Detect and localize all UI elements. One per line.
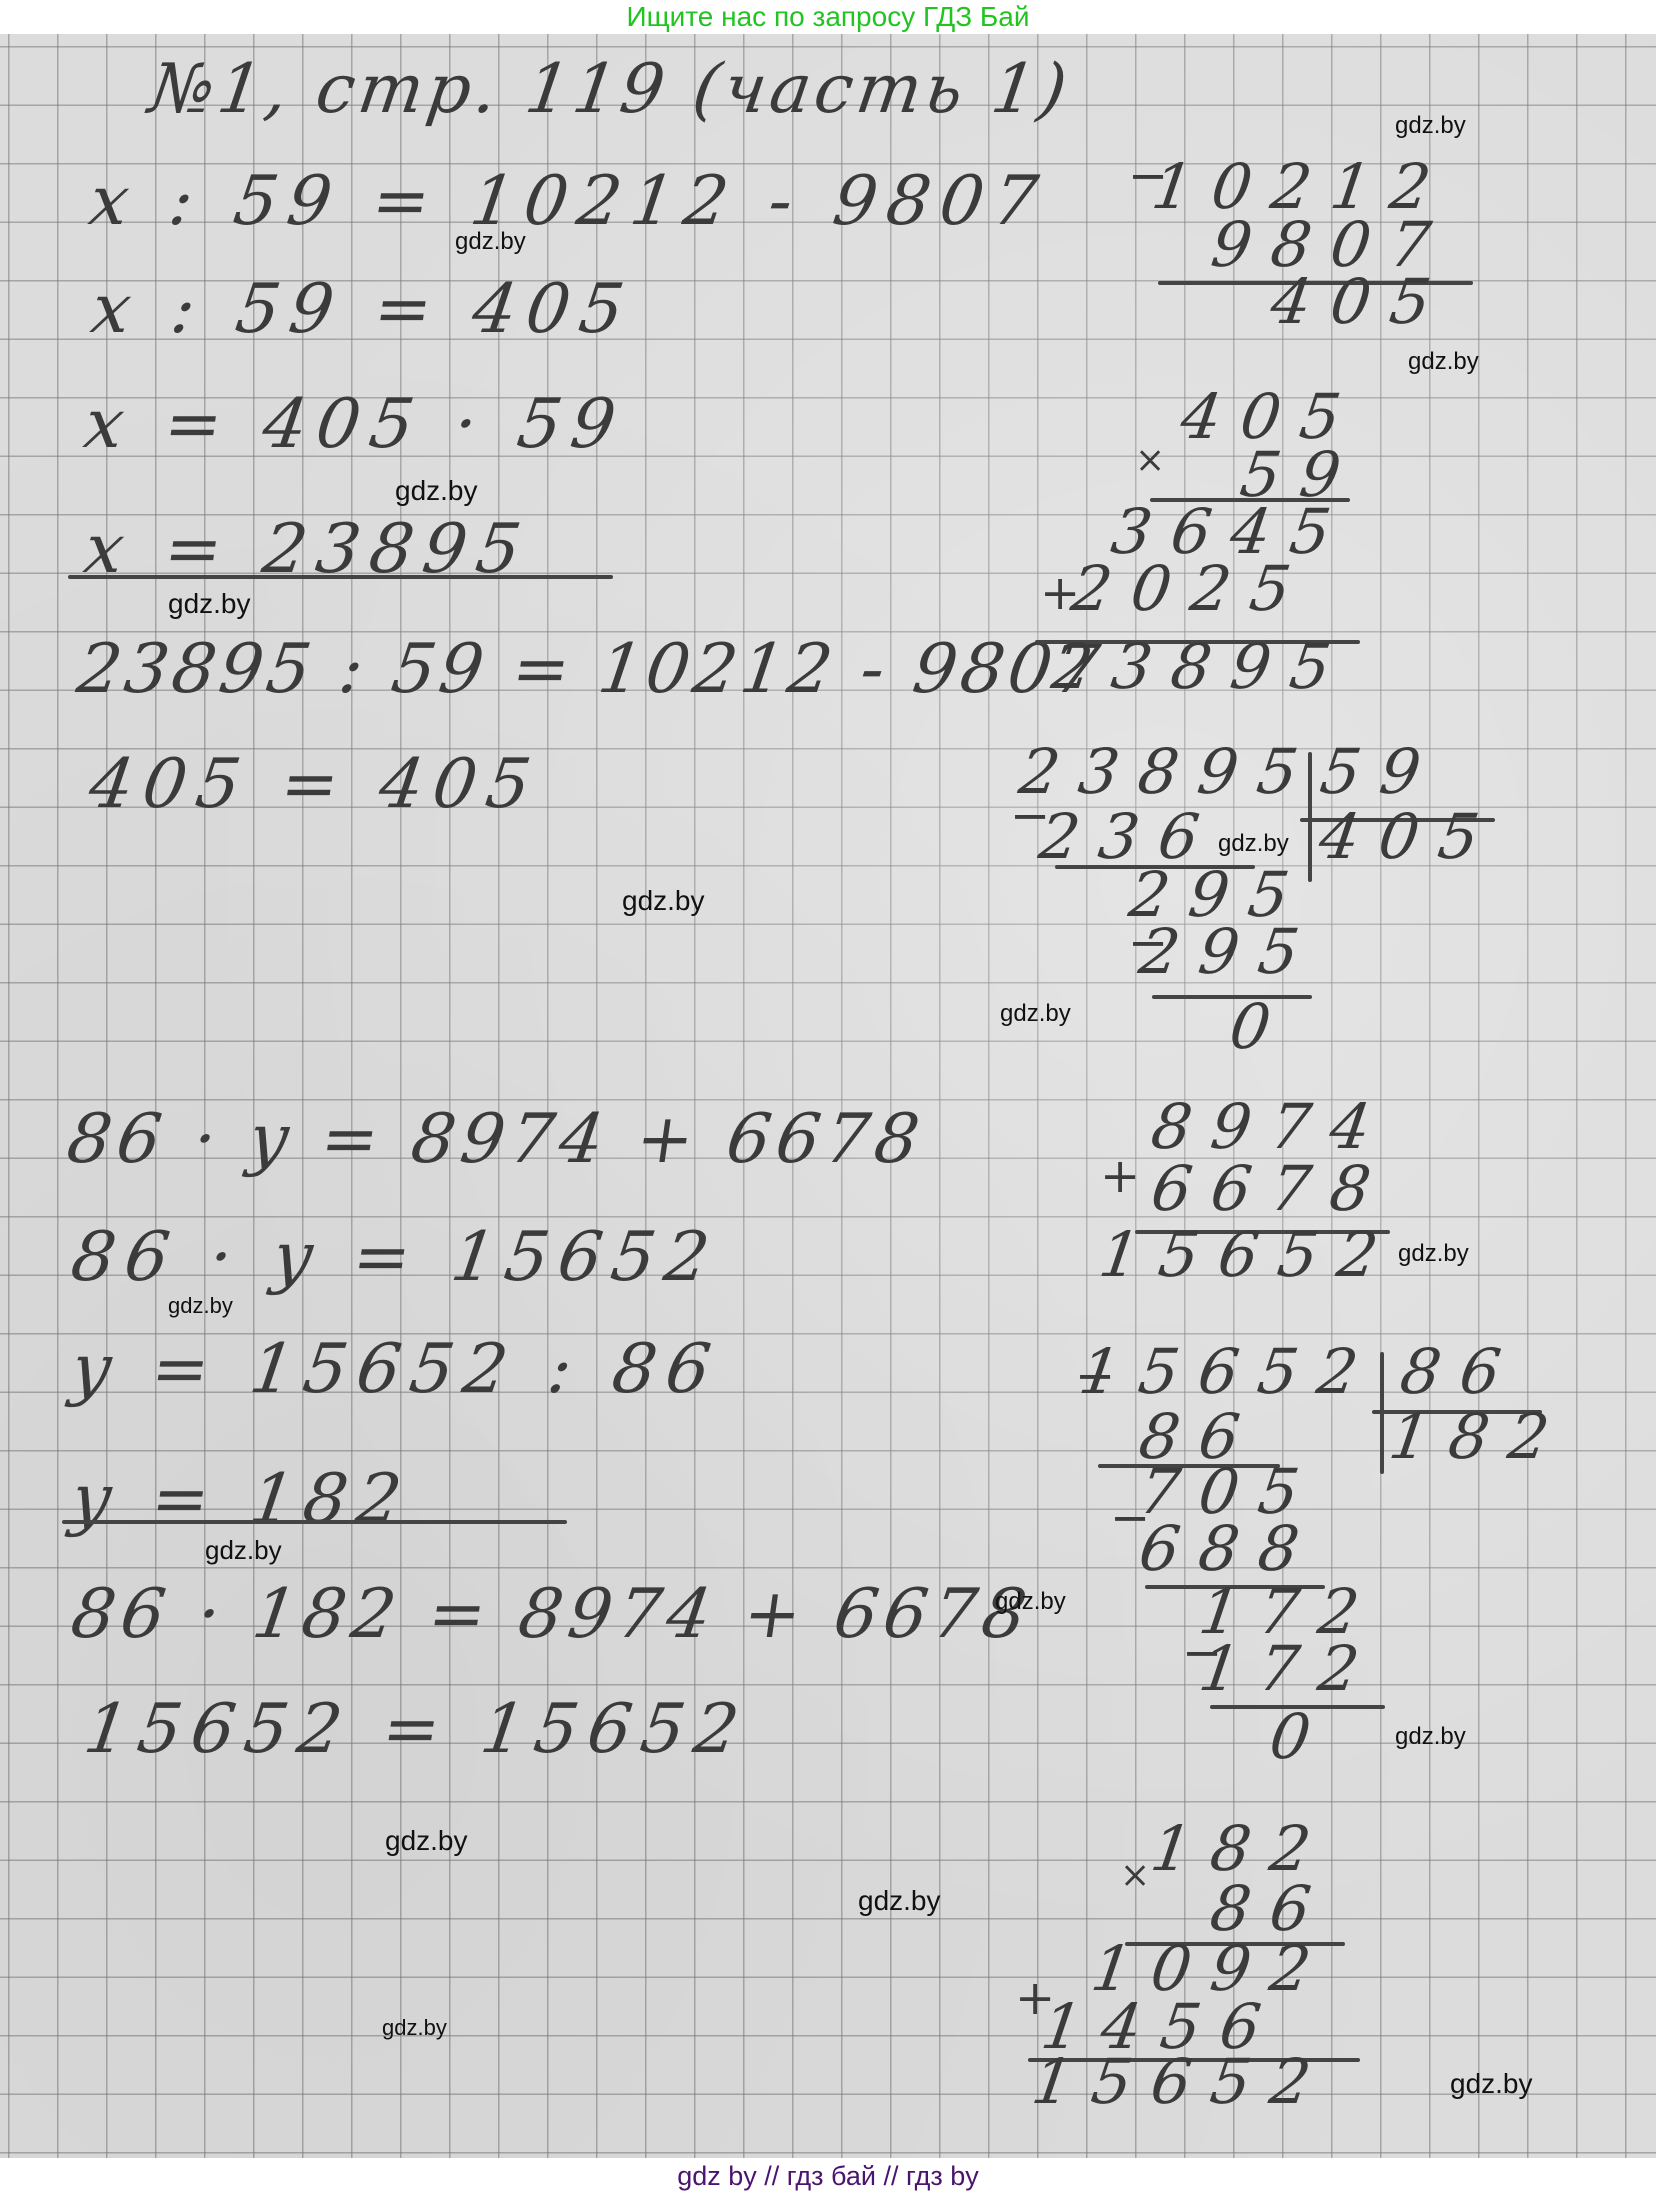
div2-divisor: 86 (1385, 1335, 1525, 1408)
equation-line-7: 86 · y = 8974 + 6678 (62, 1100, 929, 1179)
add1-result: 15652 (1095, 1218, 1395, 1291)
answer-underline-2 (62, 1520, 567, 1524)
watermark: gdz.by (1000, 1000, 1071, 1028)
add1-addend-2: 6678 (1115, 1152, 1395, 1225)
div1-quotient: 405 (1315, 800, 1490, 873)
watermark: gdz.by (455, 228, 526, 256)
watermark: gdz.by (385, 1825, 468, 1857)
bottom-banner: gdz by // гдз бай // гдз by (0, 2158, 1656, 2194)
div2-step-3: 172 (1195, 1632, 1365, 1705)
equation-line-6: 405 = 405 (84, 745, 545, 824)
div1-divisor: 59 (1315, 735, 1445, 808)
watermark: gdz.by (168, 1293, 233, 1319)
watermark: gdz.by (1408, 348, 1479, 376)
exercise-title: №1, стр. 119 (часть 1) (144, 50, 1075, 129)
div1-remainder: 0 (1195, 990, 1295, 1063)
watermark: gdz.by (995, 1588, 1066, 1616)
watermark: gdz.by (382, 2015, 447, 2041)
watermark: gdz.by (1218, 830, 1289, 858)
mul1-result: 23895 (1025, 630, 1355, 703)
watermark: gdz.by (1395, 1723, 1466, 1751)
watermark: gdz.by (1398, 1240, 1469, 1268)
watermark: gdz.by (858, 1885, 941, 1917)
div2-quotient: 182 (1385, 1400, 1555, 1473)
watermark: gdz.by (168, 588, 251, 620)
mul2-result: 15652 (1025, 2045, 1335, 2118)
watermark: gdz.by (1395, 112, 1466, 140)
div2-dividend: 15652 (1075, 1335, 1375, 1408)
equation-line-12: 15652 = 15652 (79, 1690, 753, 1769)
watermark: gdz.by (205, 1535, 282, 1566)
equation-line-2: x : 59 = 405 (86, 270, 638, 349)
equation-line-5: 23895 : 59 = 10212 - 9807 (72, 630, 1108, 709)
watermark: gdz.by (395, 475, 478, 507)
equation-line-3: x = 405 · 59 (79, 385, 630, 464)
div1-step-2: 295 (1135, 915, 1305, 988)
sub1-result: 405 (1145, 265, 1455, 338)
div1-dividend: 23895 (1015, 735, 1315, 808)
div2-remainder: 0 (1245, 1700, 1335, 1773)
equation-line-1: x : 59 = 10212 - 9807 (84, 162, 1052, 241)
equation-line-9: y = 15652 : 86 (66, 1330, 725, 1409)
watermark: gdz.by (1450, 2068, 1533, 2100)
answer-underline-1 (68, 575, 613, 579)
equation-line-11: 86 · 182 = 8974 + 6678 (66, 1575, 1037, 1654)
mul1-partial-2: 2025 (1025, 552, 1315, 625)
top-banner: Ищите нас по запросу ГДЗ Бай (0, 0, 1656, 34)
equation-line-8: 86 · y = 15652 (66, 1218, 723, 1297)
watermark: gdz.by (622, 885, 705, 917)
equation-line-10: y = 182 (66, 1460, 416, 1539)
